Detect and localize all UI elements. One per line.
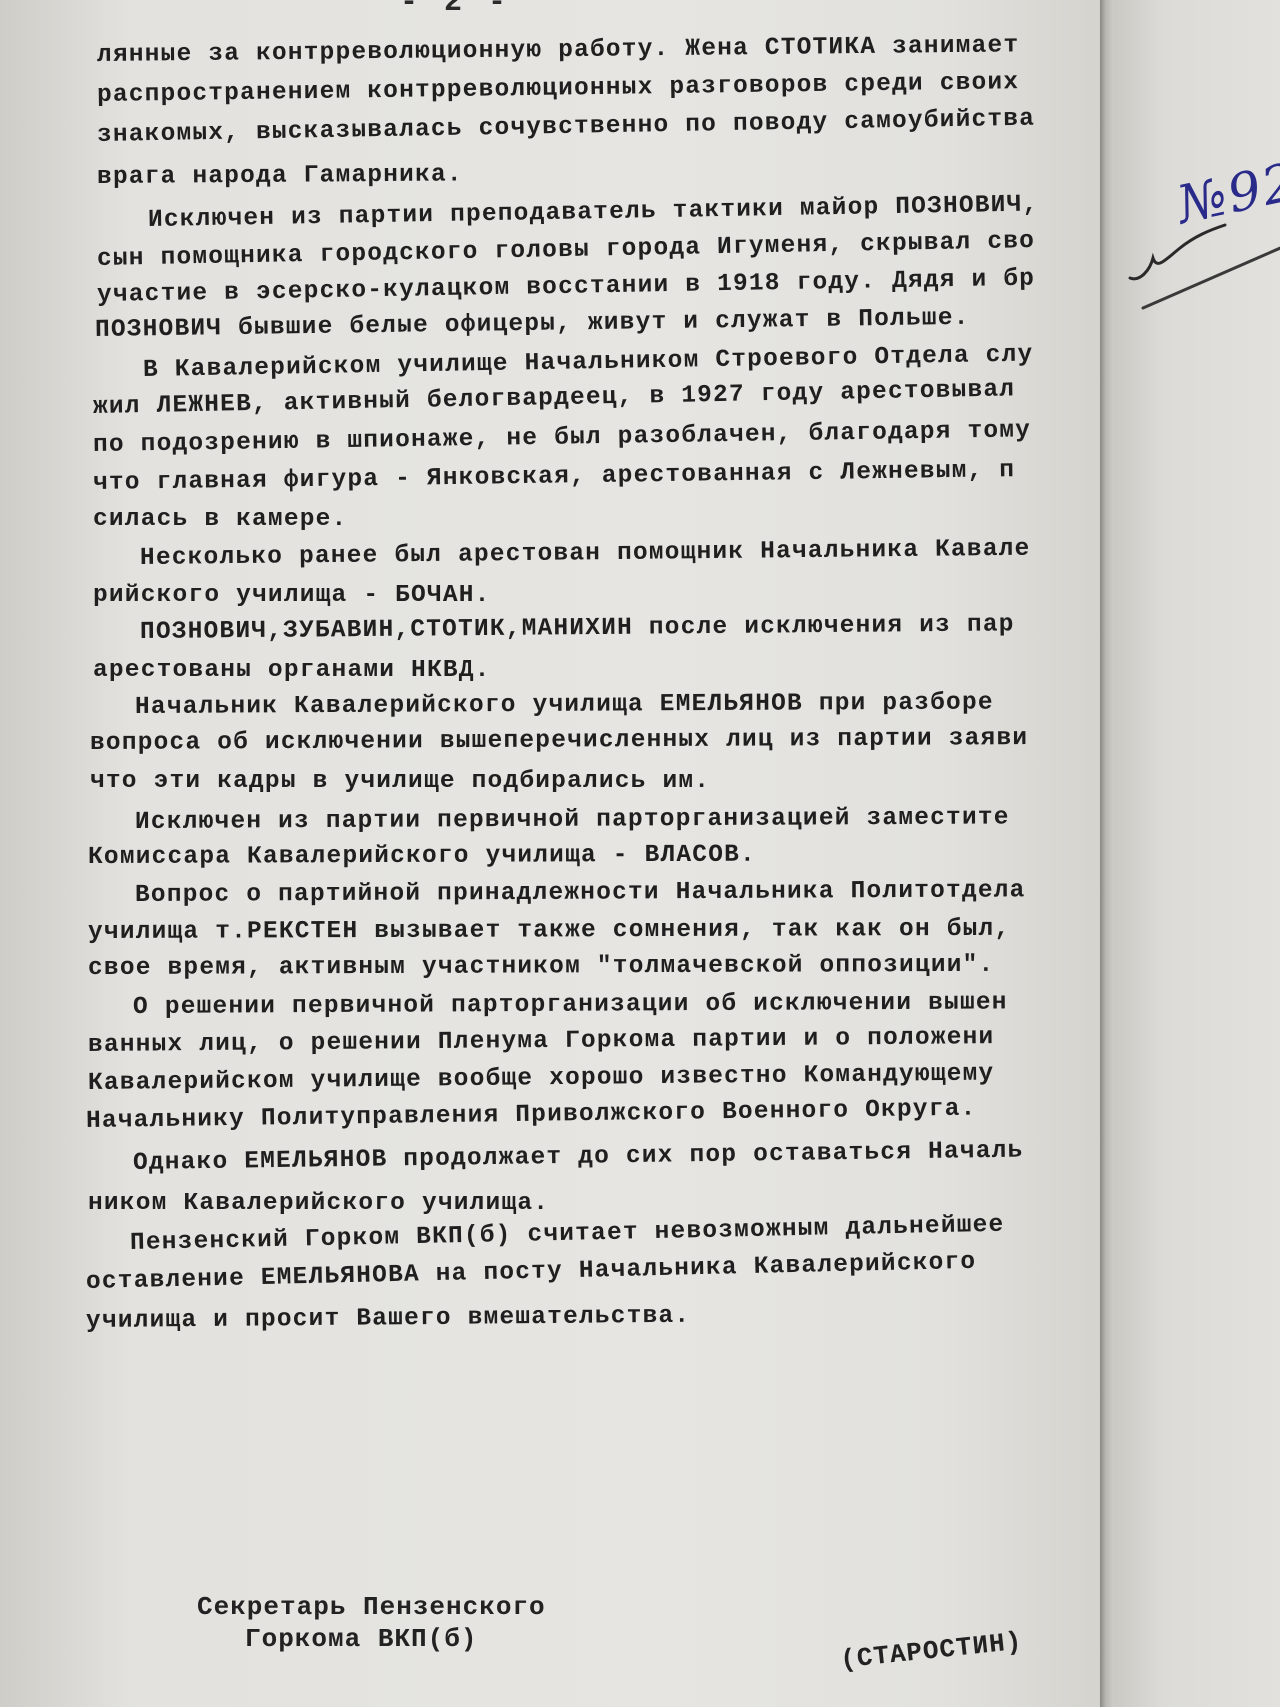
text-line: врага народа Гамарника.: [97, 161, 463, 191]
text-line: знакомых, высказывалась сочувственно по …: [97, 106, 1036, 149]
document-page: - 2 - лянные за контрреволюционную работ…: [0, 0, 1105, 1707]
text-line: ником Кавалерийского училища.: [88, 1190, 549, 1217]
text-line: О решении первичной парторганизации об и…: [133, 989, 1008, 1021]
text-line: силась в камере.: [93, 506, 347, 533]
page-number: - 2 -: [400, 0, 510, 20]
text-line: училища т.РЕКСТЕН вызывает также сомнени…: [88, 916, 1010, 946]
text-line: сын помощника городского головы города И…: [97, 228, 1036, 273]
text-line: Однако ЕМЕЛЬЯНОВ продолжает до сих пор о…: [133, 1138, 1024, 1177]
text-line: оставление ЕМЕЛЬЯНОВА на посту Начальник…: [86, 1249, 977, 1296]
text-line: жил ЛЕЖНЕВ, активный белогвардеец, в 192…: [93, 376, 1016, 421]
signature-title-line1: Секретарь Пензенского: [197, 1592, 546, 1622]
text-line: лянные за контрреволюционную работу. Жен…: [97, 32, 1020, 69]
text-line: Кавалерийском училище вообще хорошо изве…: [88, 1061, 995, 1097]
text-line: ПОЗНОВИЧ бывшие белые офицеры, живут и с…: [95, 305, 970, 344]
text-line: Несколько ранее был арестован помощник Н…: [140, 536, 1031, 572]
text-line: Комиссара Кавалерийского училища - ВЛАСО…: [88, 842, 756, 871]
signatory-name: (СТАРОСТИН): [839, 1627, 1024, 1676]
text-line: ПОЗНОВИЧ,ЗУБАВИН,СТОТИК,МАНИХИН после ис…: [140, 611, 1015, 646]
text-line: распространением контрреволюционных разг…: [97, 69, 1020, 109]
text-line: по подозрению в шпионаже, не был разобла…: [93, 417, 1032, 459]
text-line: рийского училища - БОЧАН.: [93, 582, 491, 609]
text-line: что главная фигура - Янковская, арестова…: [93, 457, 1016, 497]
text-line: ванных лиц, о решении Пленума Горкома па…: [88, 1024, 995, 1059]
signature-title-line2: Горкома ВКП(б): [245, 1624, 477, 1654]
text-line: вопроса об исключении вышеперечисленных …: [90, 725, 1028, 757]
binding-spine: [1100, 0, 1114, 1707]
text-line: арестованы органами НКВД.: [93, 657, 491, 684]
text-line: что эти кадры в училище подбирались им.: [90, 768, 710, 795]
text-line: свое время, активным участником "толмаче…: [88, 952, 995, 982]
text-line: училища и просит Вашего вмешательства.: [86, 1303, 691, 1335]
text-line: Начальник Кавалерийского училища ЕМЕЛЬЯН…: [135, 690, 994, 721]
text-line: Начальнику Политуправления Приволжского …: [86, 1096, 977, 1135]
archive-number-annotation: №92: [1125, 170, 1275, 320]
text-line: Исключен из партии первичной парторганиз…: [135, 804, 1010, 836]
text-line: Исключен из партии преподаватель тактики…: [148, 191, 1039, 234]
text-line: участие в эсерско-кулацком восстании в 1…: [97, 266, 1036, 309]
text-line: Вопрос о партийной принадлежности Началь…: [135, 877, 1026, 909]
